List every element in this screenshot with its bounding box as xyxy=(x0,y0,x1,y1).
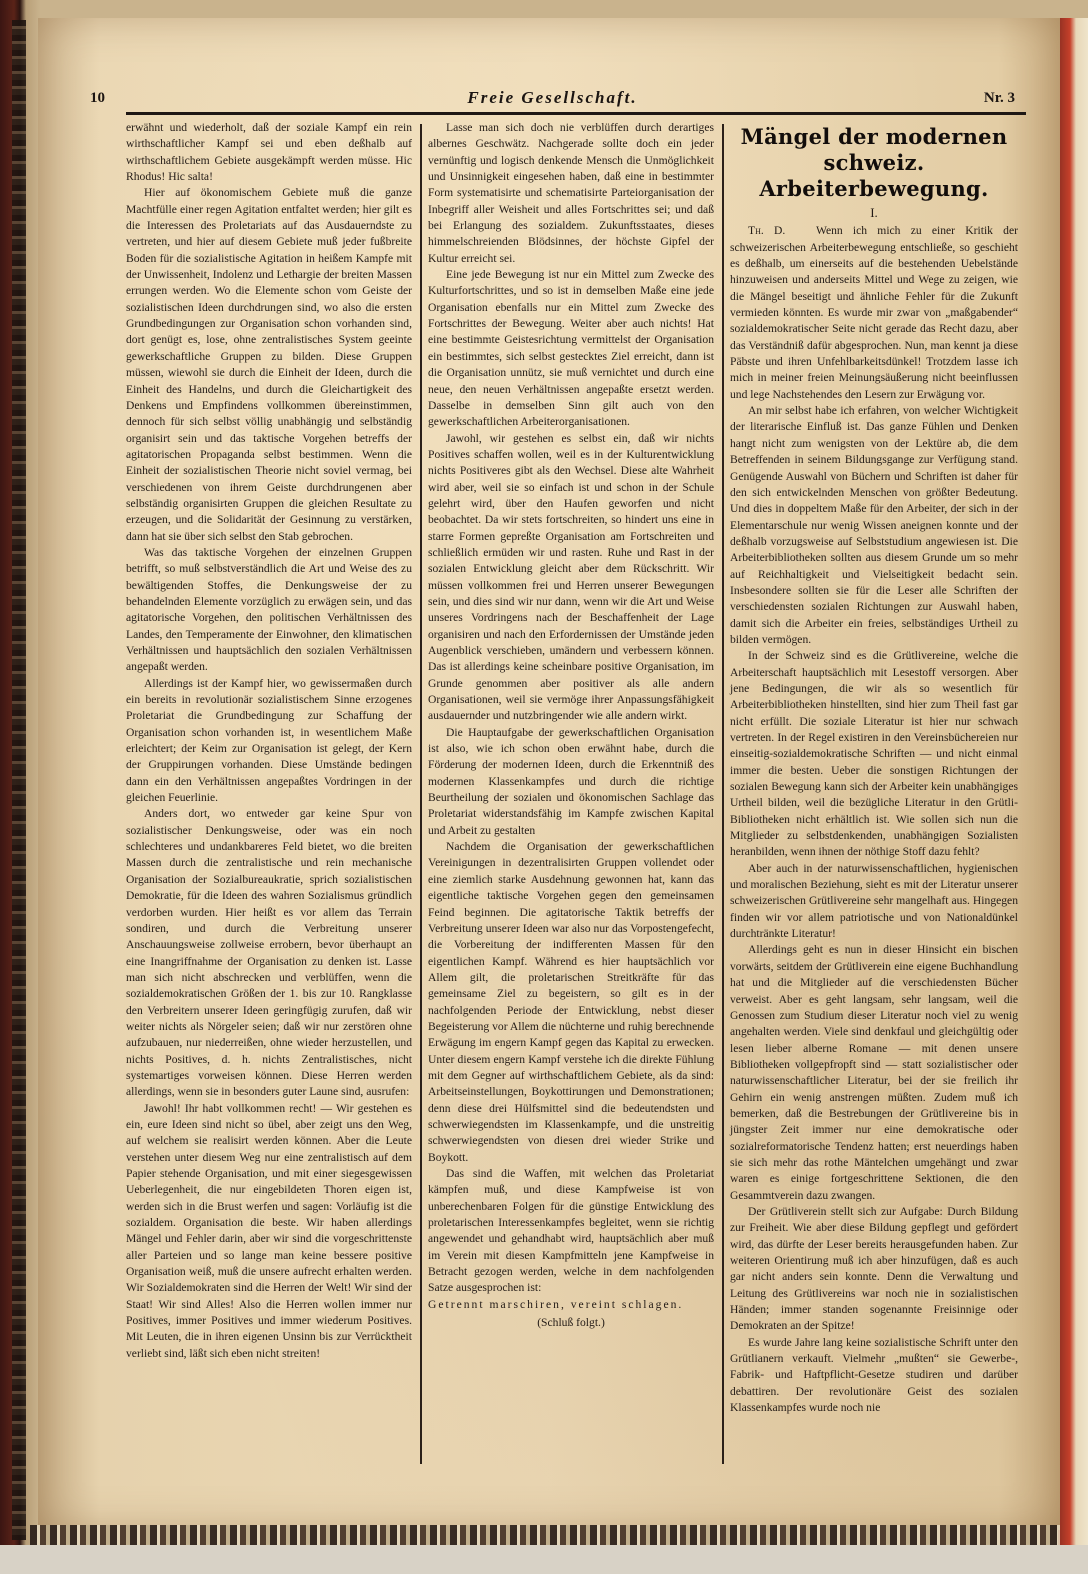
paragraph-text: Wenn ich mich zu einer Kritik der schwei… xyxy=(730,224,1018,400)
motto: Getrennt marschiren, vereint schlagen. xyxy=(428,1297,714,1313)
paragraph: Der Grütliverein stellt sich zur Aufgabe… xyxy=(730,1204,1018,1335)
column-middle: Lasse man sich doch nie verblüffen durch… xyxy=(428,120,714,1331)
paragraph: erwähnt und wiederholt, daß der soziale … xyxy=(126,120,412,185)
article-title-line: Arbeiterbewegung. xyxy=(730,176,1018,202)
paragraph: Allerdings ist der Kampf hier, wo gewiss… xyxy=(126,676,412,807)
paragraph: Was das taktische Vorgehen der einzelnen… xyxy=(126,545,412,676)
paragraph: Das sind die Waffen, mit welchen das Pro… xyxy=(428,1166,714,1297)
column-right: Mängel der modernen schweiz. Arbeiterbew… xyxy=(730,120,1018,1416)
paragraph: Jawohl, wir gestehen es selbst ein, daß … xyxy=(428,431,714,725)
paragraph: An mir selbst habe ich erfahren, von wel… xyxy=(730,403,1018,648)
issue-number: Nr. 3 xyxy=(984,90,1015,107)
cover-edge xyxy=(1058,18,1088,1548)
scan-margin xyxy=(0,1545,1088,1574)
paragraph: Th. D. Wenn ich mich zu einer Kritik der… xyxy=(730,223,1018,403)
header-rule xyxy=(126,112,1026,115)
paragraph: Die Hauptaufgabe der gewerkschaftlichen … xyxy=(428,725,714,839)
paragraph: Nachdem die Organisation der gewerkschaf… xyxy=(428,839,714,1166)
article-title: Mängel der modernen schweiz. Arbeiterbew… xyxy=(730,124,1018,202)
masthead-title: Freie Gesellschaft. xyxy=(90,88,1015,108)
paragraph: Es wurde Jahre lang keine sozialistische… xyxy=(730,1335,1018,1417)
article-part-number: I. xyxy=(730,205,1018,221)
byline: Th. D. xyxy=(748,224,785,237)
column-divider xyxy=(420,124,422,1464)
paragraph: Allerdings geht es nun in dieser Hinsich… xyxy=(730,942,1018,1204)
paragraph: Aber auch in der naturwissenschaftlichen… xyxy=(730,861,1018,943)
paragraph: Jawohl! Ihr habt vollkommen recht! — Wir… xyxy=(126,1101,412,1363)
paragraph: Hier auf ökonomischem Gebiete muß die ga… xyxy=(126,185,412,545)
paragraph: Lasse man sich doch nie verblüffen durch… xyxy=(428,120,714,267)
paragraph: Eine jede Bewegung ist nur ein Mittel zu… xyxy=(428,267,714,430)
book-binding xyxy=(12,20,26,1540)
article-title-line: Mängel der modernen schweiz. xyxy=(730,124,1018,176)
paragraph: Anders dort, wo entweder gar keine Spur … xyxy=(126,806,412,1100)
page-header: 10 Freie Gesellschaft. Nr. 3 xyxy=(90,86,1015,114)
page-bottom-edge xyxy=(30,1525,1060,1545)
continuation-note: (Schluß folgt.) xyxy=(428,1315,714,1331)
column-divider xyxy=(722,124,724,1464)
column-left: erwähnt und wiederholt, daß der soziale … xyxy=(126,120,412,1362)
paragraph: In der Schweiz sind es die Grütlivereine… xyxy=(730,648,1018,860)
